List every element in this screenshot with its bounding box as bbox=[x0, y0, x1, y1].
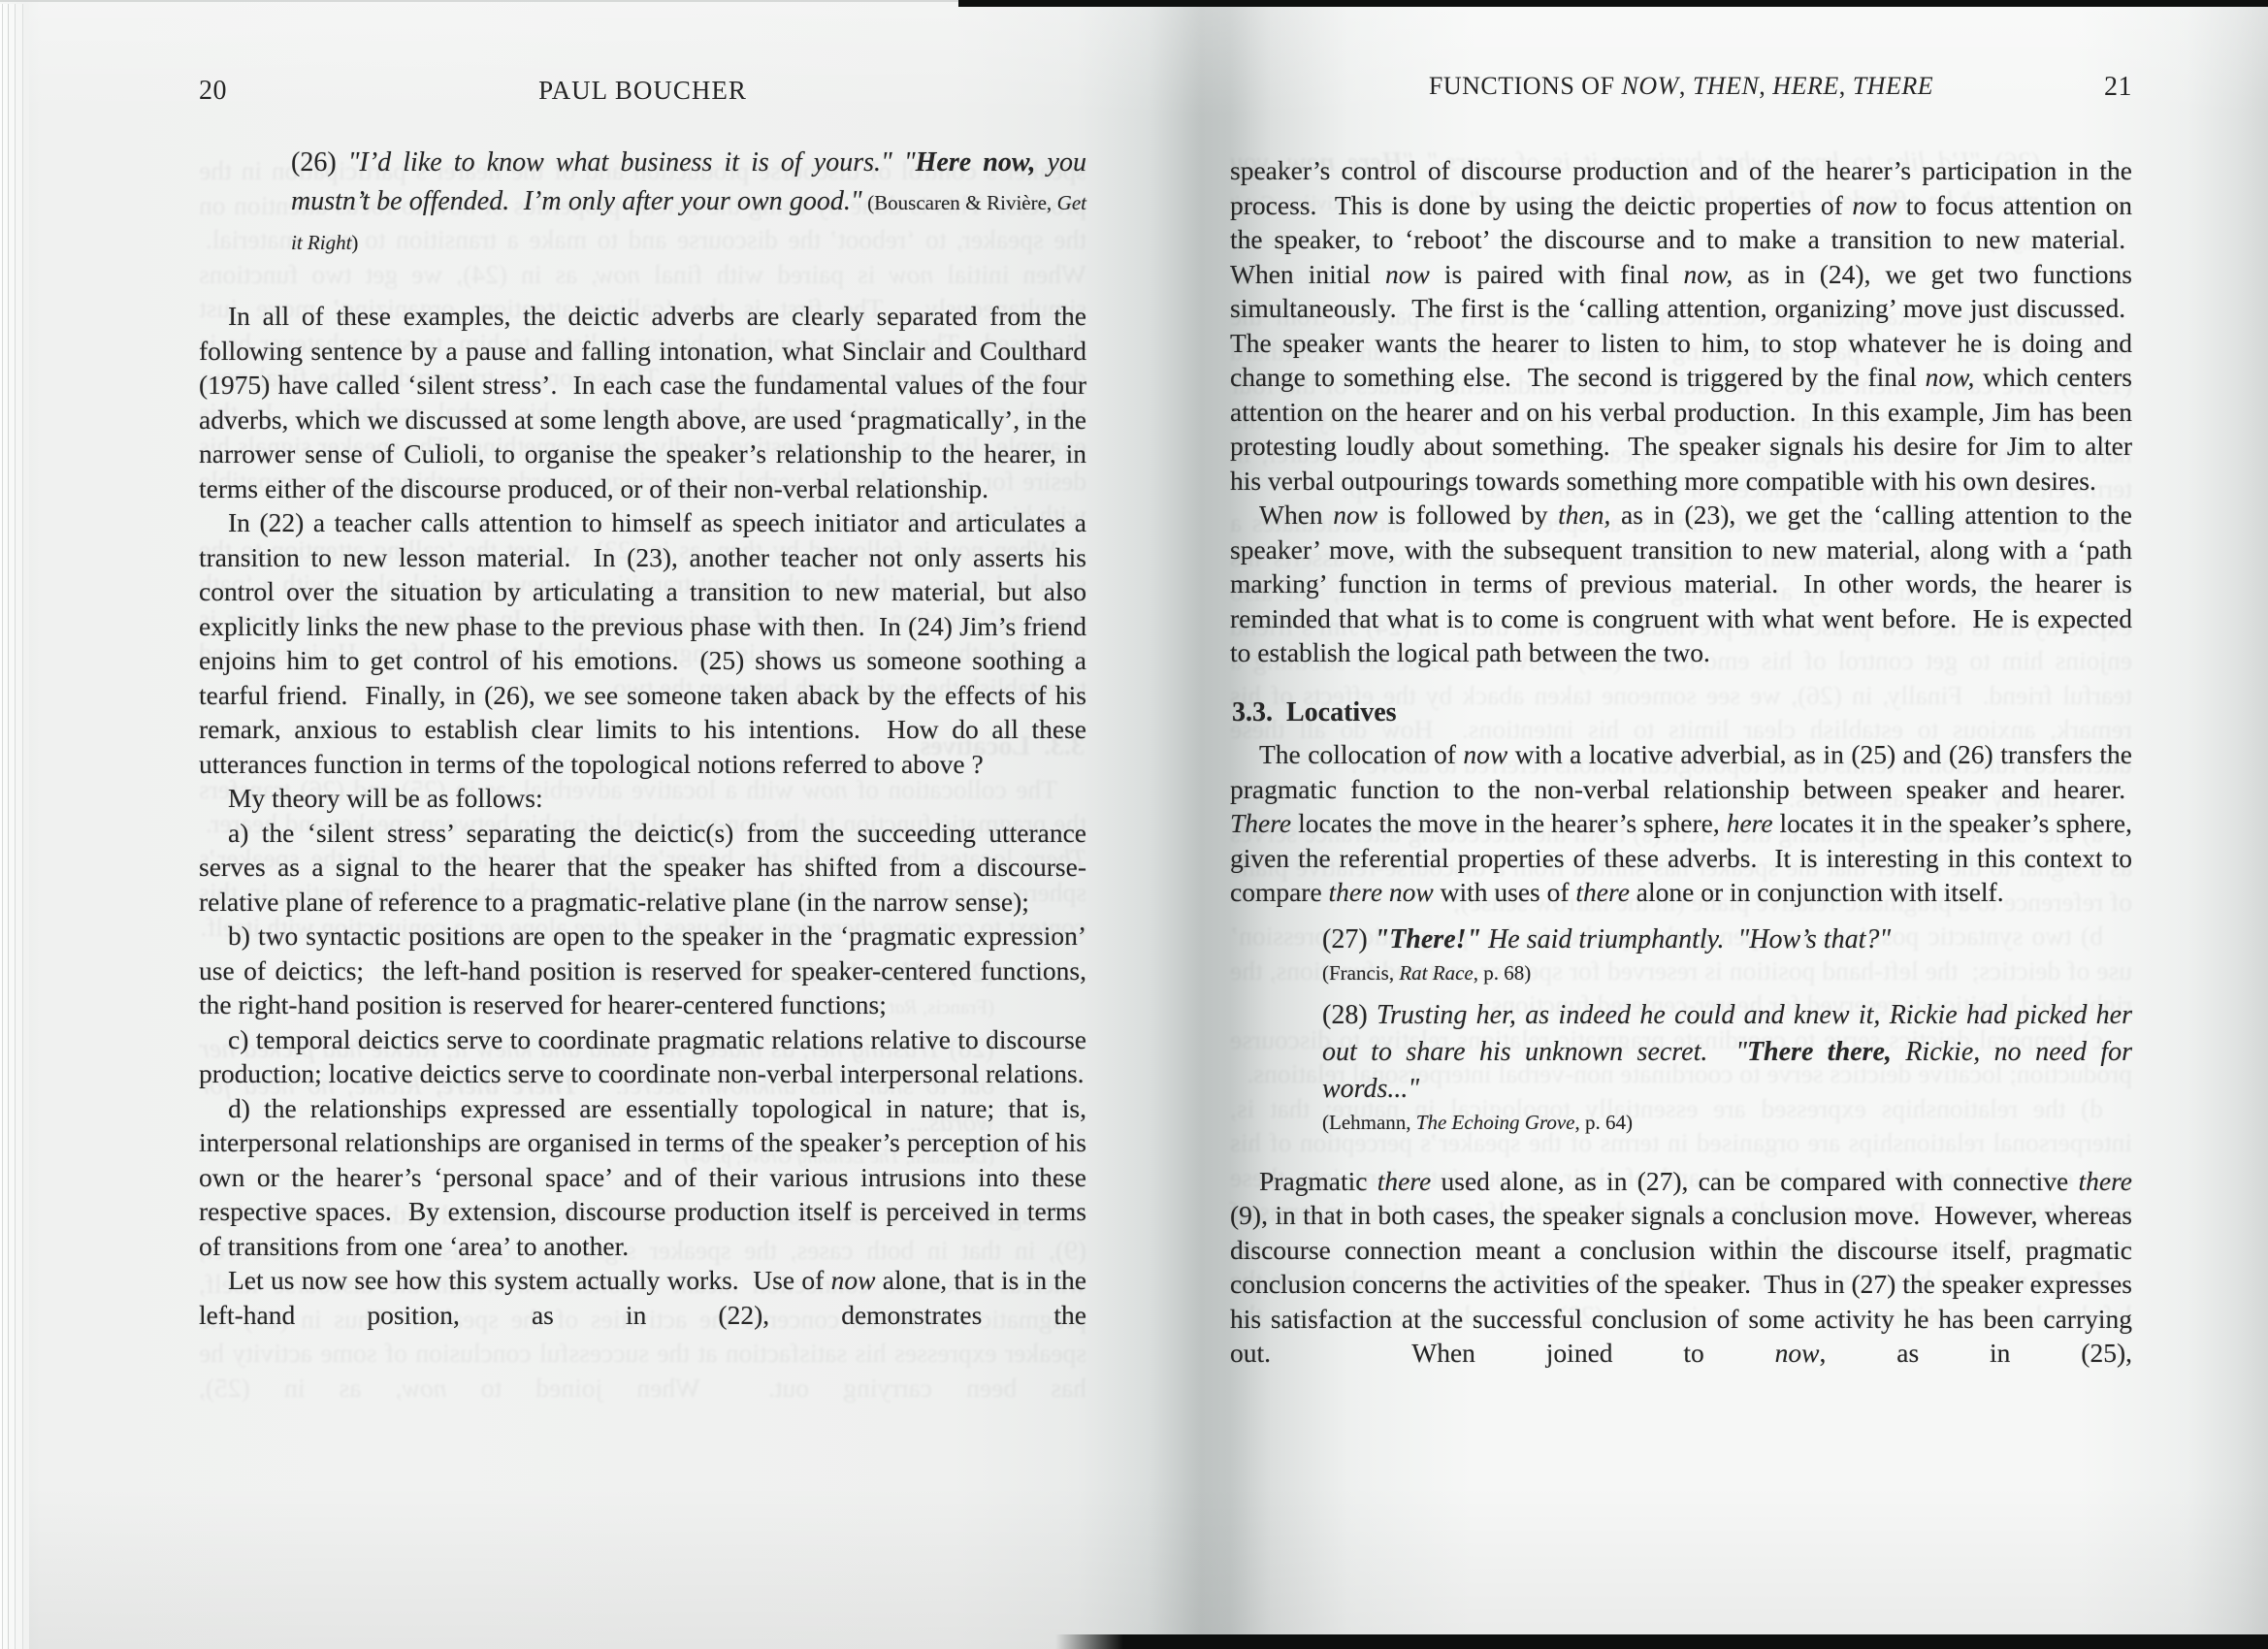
scan-top-black-bar bbox=[958, 0, 2268, 7]
paragraph-examples-discussion: In (22) a teacher calls attention to him… bbox=[199, 505, 1086, 781]
left-page: speaker’s control of discourse productio… bbox=[199, 0, 1086, 1649]
text-segment: now bbox=[1852, 190, 1896, 220]
text-segment: now bbox=[1775, 1338, 1820, 1368]
text-segment: with uses of bbox=[1434, 877, 1576, 907]
text-segment: NOW bbox=[1622, 72, 1679, 100]
theory-point-b: b) two syntactic positions are open to t… bbox=[199, 919, 1086, 1022]
paragraph-theory-lead: My theory will be as follows: bbox=[199, 781, 1086, 816]
paragraph-system-works: Let us now see how this system actually … bbox=[199, 1263, 1086, 1332]
text-segment: (26) bbox=[291, 147, 348, 178]
page-edge-stack bbox=[0, 4, 29, 1649]
text-segment: (Francis, bbox=[1322, 961, 1399, 985]
paragraph-intro: In all of these examples, the deictic ad… bbox=[199, 299, 1086, 505]
text-segment: (27) bbox=[1322, 924, 1375, 954]
citation-francis: (Francis, Rat Race, p. 68) bbox=[1322, 960, 2132, 986]
text-segment: now bbox=[1385, 259, 1430, 289]
scan-top-edge-line bbox=[0, 0, 962, 2]
text-segment: there bbox=[1377, 1166, 1431, 1196]
theory-point-c: c) temporal deictics serve to coordinate… bbox=[199, 1022, 1086, 1091]
theory-point-d: d) the relationships expressed are essen… bbox=[199, 1091, 1086, 1264]
text-segment: there now bbox=[1329, 877, 1434, 907]
text-segment: , bbox=[1679, 72, 1693, 100]
text-segment: The collocation of bbox=[1259, 739, 1463, 769]
text-segment: , bbox=[1759, 72, 1772, 100]
text-segment: alone or in conjunction with itself. bbox=[1630, 877, 2004, 907]
text-segment: ) bbox=[351, 231, 358, 254]
text-segment: , as in (25), bbox=[1820, 1338, 2132, 1368]
text-segment: (28) bbox=[1322, 1000, 1377, 1030]
text-segment: "There!" bbox=[1375, 924, 1481, 954]
text-segment: here bbox=[1727, 808, 1773, 838]
text-segment: THEN bbox=[1693, 72, 1759, 100]
book-spread-scan: speaker’s control of discourse productio… bbox=[0, 0, 2268, 1649]
paragraph-now-then: When now is followed by then, as in (23)… bbox=[1230, 498, 2132, 670]
right-page-number: 21 bbox=[2104, 72, 2132, 103]
right-page: (26) "I’d like to know what business it … bbox=[1230, 0, 2132, 1649]
citation-lehmann: (Lehmann, The Echoing Grove, p. 64) bbox=[1322, 1110, 2132, 1135]
text-segment: , bbox=[1839, 72, 1853, 100]
text-segment: d) the relationships expressed are essen… bbox=[199, 1093, 1086, 1261]
section-heading-locatives: 3.3. Locatives bbox=[1230, 695, 2132, 730]
text-segment: There bbox=[1230, 808, 1291, 838]
theory-point-a: a) the ‘silent stress’ separating the de… bbox=[199, 816, 1086, 920]
text-segment: now bbox=[1463, 739, 1507, 769]
text-segment: then, bbox=[1558, 500, 1610, 530]
text-segment: now, bbox=[1684, 259, 1733, 289]
text-segment: Pragmatic bbox=[1259, 1166, 1377, 1196]
text-segment: b) two syntactic positions are open to t… bbox=[199, 921, 1086, 1019]
text-segment: locates the move in the hearer’s sphere, bbox=[1291, 808, 1727, 838]
left-page-body: (26) "I’d like to know what business it … bbox=[199, 144, 1086, 1332]
text-segment: is paired with final bbox=[1430, 259, 1684, 289]
text-segment: now, bbox=[1926, 362, 1975, 392]
text-segment: When bbox=[1259, 500, 1333, 530]
text-segment: In all of these examples, the deictic ad… bbox=[199, 301, 1086, 503]
paragraph-pragmatic-there: Pragmatic there used alone, as in (27), … bbox=[1230, 1164, 2132, 1371]
text-segment: (Bouscaren & Rivière, bbox=[862, 191, 1057, 214]
text-segment: Rat Race bbox=[1399, 961, 1473, 985]
text-segment: The Echoing Grove bbox=[1416, 1111, 1575, 1134]
text-segment: now bbox=[831, 1265, 876, 1295]
text-segment: is followed by bbox=[1377, 500, 1558, 530]
text-segment: there bbox=[1575, 877, 1629, 907]
paragraph-continuation: speaker’s control of discourse productio… bbox=[1230, 153, 2132, 498]
text-segment: used alone, as in (27), can be compared … bbox=[1431, 1166, 2078, 1196]
text-segment: , p. 64) bbox=[1574, 1111, 1633, 1134]
text-segment: c) temporal deictics serve to coordinate… bbox=[199, 1024, 1086, 1089]
scan-bottom-black-bar bbox=[1055, 1634, 2268, 1649]
text-segment: (Lehmann, bbox=[1322, 1111, 1416, 1134]
text-segment: , p. 68) bbox=[1474, 961, 1532, 985]
text-segment: My theory will be as follows: bbox=[228, 783, 543, 813]
text-segment: There there, bbox=[1747, 1037, 1892, 1067]
text-segment: Let us now see how this system actually … bbox=[228, 1265, 831, 1295]
text-segment: Here now, bbox=[916, 147, 1036, 178]
text-segment: In (22) a teacher calls attention to him… bbox=[199, 507, 1086, 779]
right-running-header: FUNCTIONS OF NOW, THEN, HERE, THERE bbox=[1230, 72, 2132, 101]
example-26-block: (26) "I’d like to know what business it … bbox=[291, 144, 1086, 262]
right-page-body: speaker’s control of discourse productio… bbox=[1230, 153, 2132, 1371]
text-segment: a) the ‘silent stress’ separating the de… bbox=[199, 818, 1086, 917]
left-running-header: PAUL BOUCHER bbox=[199, 76, 1086, 106]
text-segment: THERE bbox=[1853, 72, 1933, 100]
text-segment: "I’d like to know what business it is of… bbox=[348, 147, 916, 178]
text-segment: HERE bbox=[1772, 72, 1838, 100]
text-segment: there bbox=[2079, 1166, 2132, 1196]
paragraph-locatives: The collocation of now with a locative a… bbox=[1230, 737, 2132, 910]
text-segment: He said triumphantly. "How’s that?" bbox=[1481, 924, 1891, 954]
example-28-block: (28) Trusting her, as indeed he could an… bbox=[1322, 997, 2132, 1108]
text-segment: FUNCTIONS OF bbox=[1429, 72, 1622, 100]
text-segment: now bbox=[1333, 500, 1377, 530]
example-27-block: (27) "There!" He said triumphantly. "How… bbox=[1322, 921, 2132, 958]
